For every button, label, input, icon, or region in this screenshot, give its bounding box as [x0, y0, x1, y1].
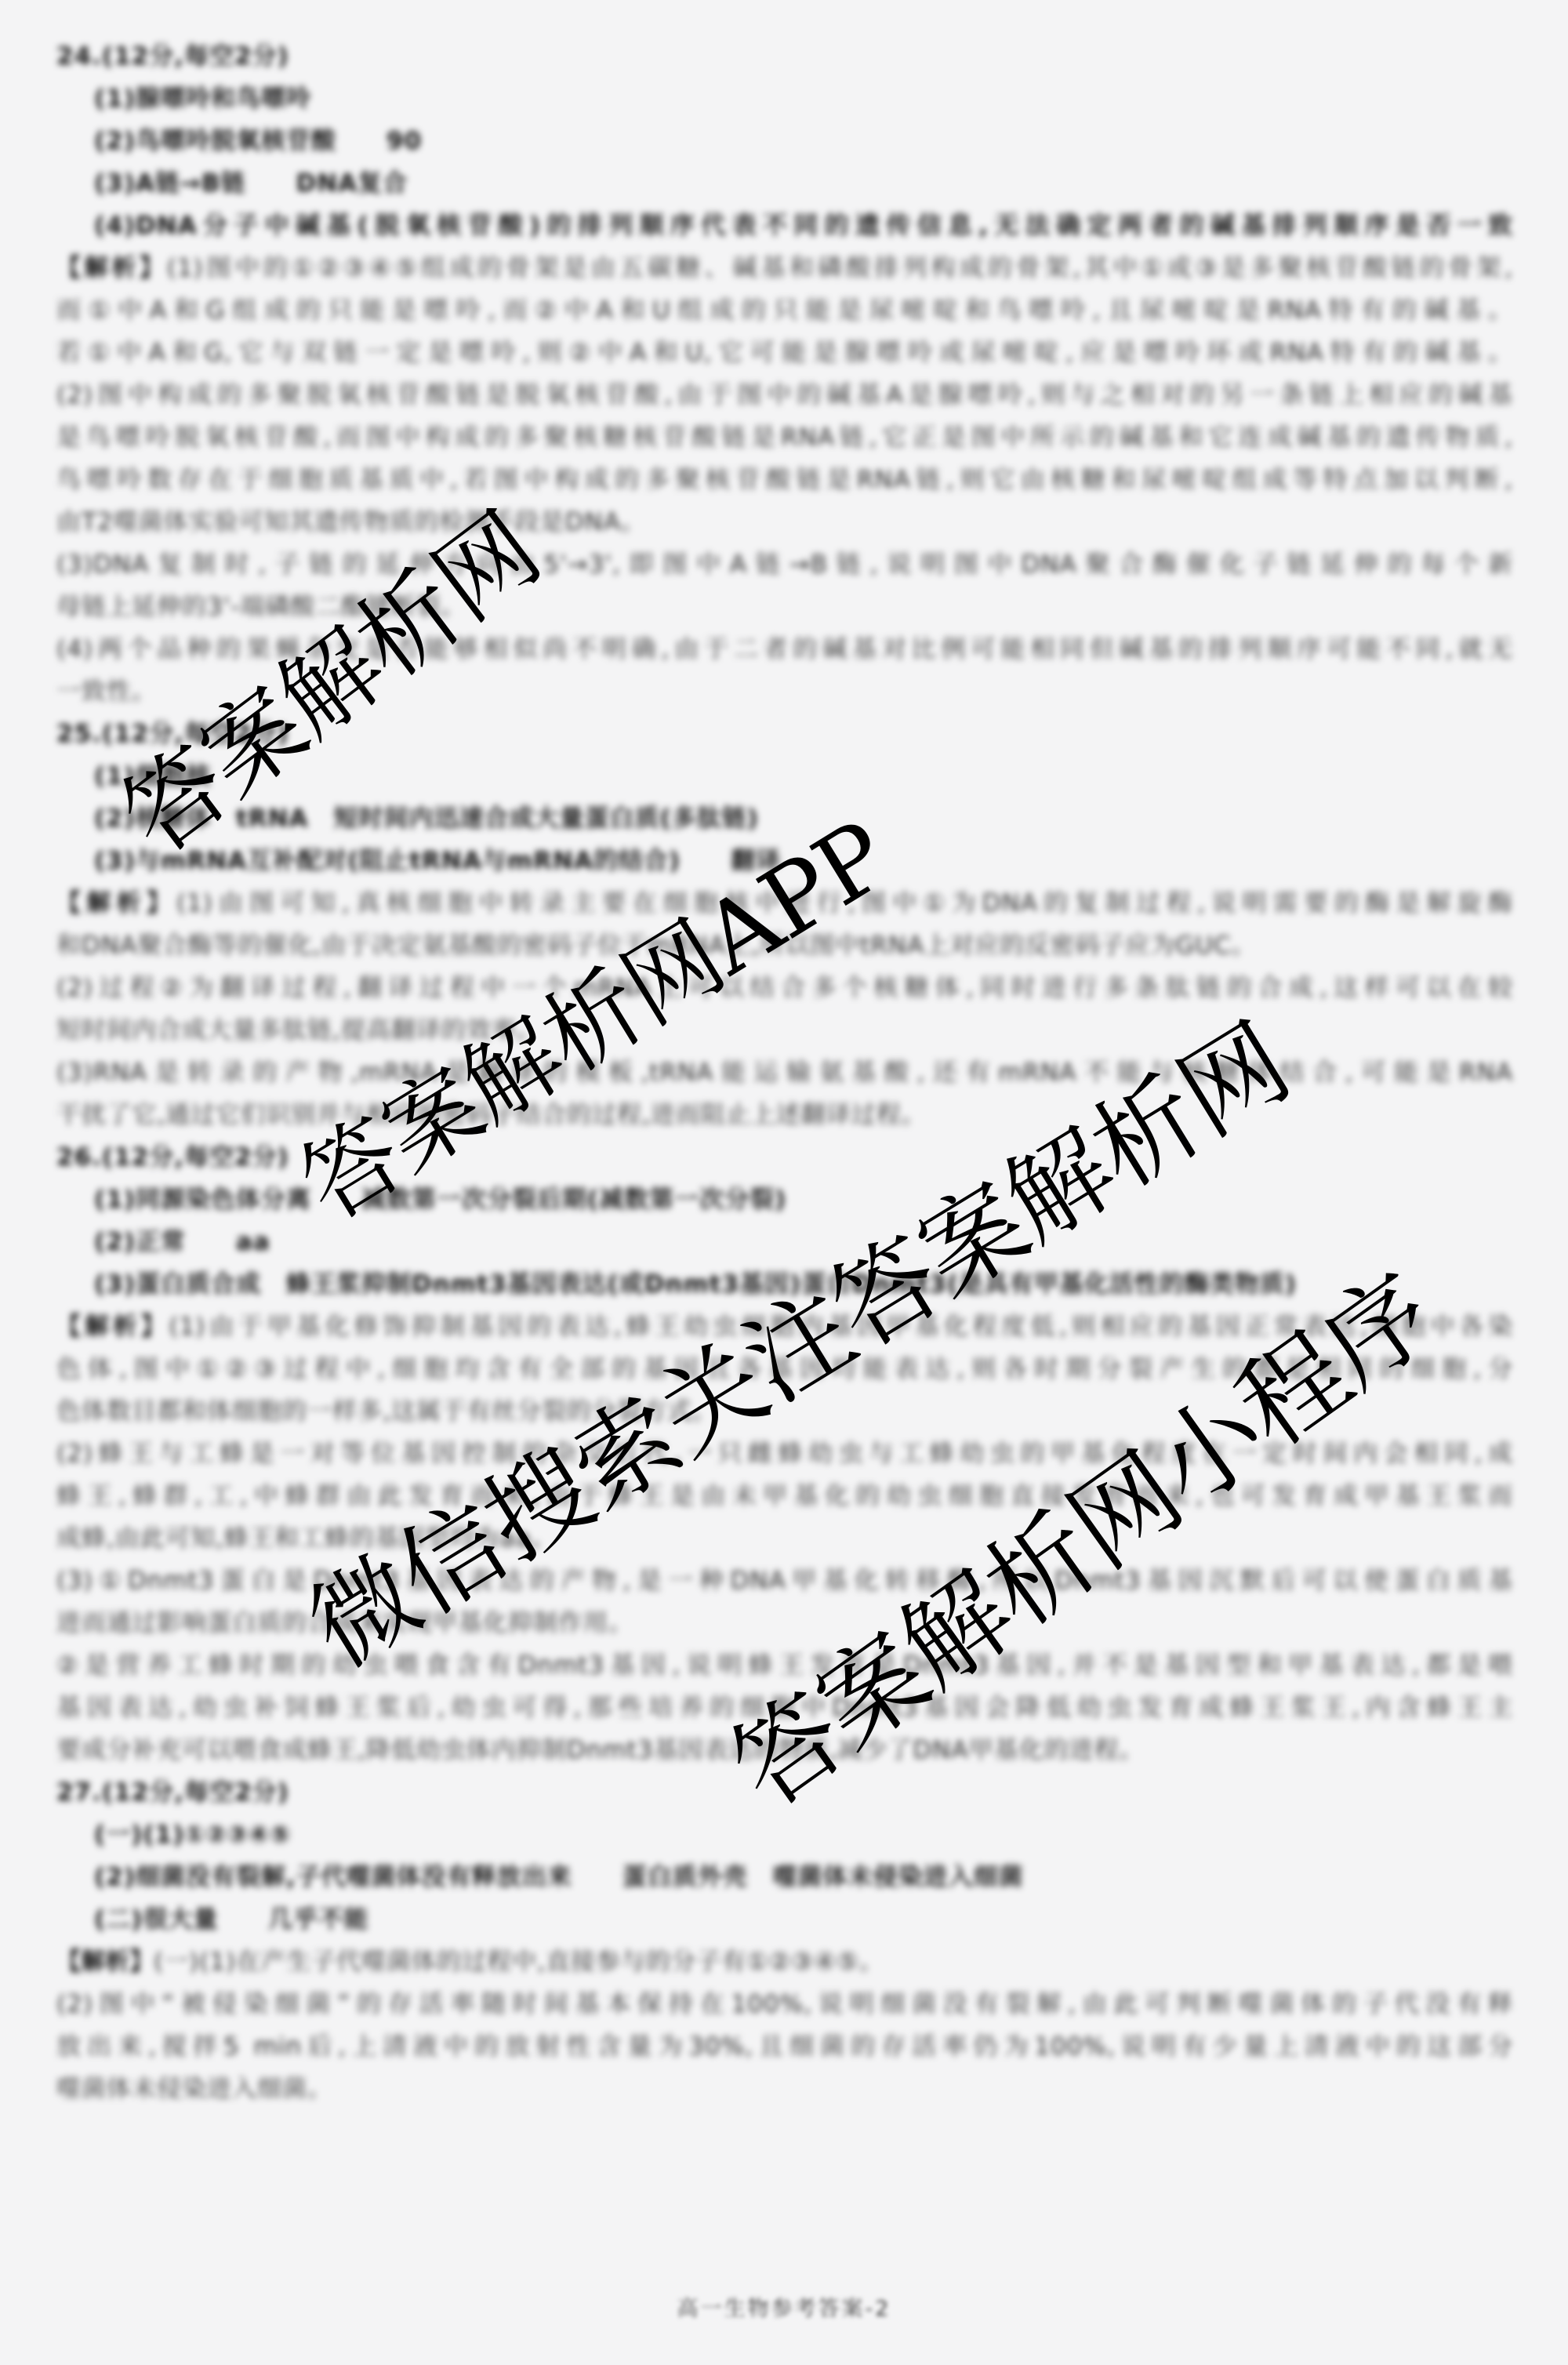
doc-line-text: 鸟嘌呤数存在于细胞质基质中,若图中构成的多聚核苷酸链是RNA链,则它由核糖和尿嘧…: [56, 466, 1513, 494]
doc-line: 鸟嘌呤数存在于细胞质基质中,若图中构成的多聚核苷酸链是RNA链,则它由核糖和尿嘧…: [56, 459, 1513, 501]
doc-line-text: 要成分补充可以喂食成蜂王,降低幼虫体内抑制Dnmt3基因表达的物质,减少了DNA…: [56, 1736, 1145, 1764]
doc-line: (3)A链→B链 DNA复合: [56, 162, 1513, 205]
doc-line-text: 26.(12分,每空2分): [56, 1143, 289, 1172]
doc-line-text: 放出来,搅拌5 min后,上清液中的放射性含量为30%,且细菌的存活率仍为100…: [56, 2033, 1513, 2061]
doc-line-text: (2)图中“被侵染细菌”的存活率随时间基本保持在100%,说明细菌没有裂解,由此…: [56, 1990, 1513, 2018]
doc-line: 是鸟嘌呤脱氧核苷酸,而图中构成的多聚核糖核苷酸链是RNA链,它正是图中所示的碱基…: [56, 416, 1513, 459]
doc-line: (2)图中“被侵染细菌”的存活率随时间基本保持在100%,说明细菌没有裂解,由此…: [56, 1983, 1513, 2025]
doc-line: 而①中A和G组成的只能是嘌呤,而②中A和U组成的只能是尿嘧啶和鸟嘌呤,且尿嘧啶是…: [56, 289, 1513, 332]
doc-line-text: 蜂王,蜂群,工,中蜂群由此发育而来,由于蜂王是由未甲基化的幼虫细胞直接发育而来,…: [56, 1482, 1513, 1510]
doc-line-text: (1)图中的①②③④⑤组成的骨架是由五碳糖、碱基和磷酸排列构成的骨架,其中①或③…: [167, 254, 1513, 282]
doc-line-text: 噬菌体未侵染进入细菌。: [56, 2075, 332, 2103]
answer-sheet-page: 24.(12分,每空2分)(1)腺嘌呤和鸟嘌呤(2)鸟嘌呤脱氧核苷酸 90(3)…: [0, 0, 1568, 2365]
doc-line-text: (3)DNA复制时,子链的延伸方向由5'→3',即图中A链→B链,说明图中DNA…: [56, 550, 1513, 579]
doc-line-text: 27.(12分,每空2分): [56, 1778, 289, 1807]
doc-line-text: (2)细菌没有裂解,子代噬菌体没有释放出来 蛋白质外壳 噬菌体未侵染进入细菌: [94, 1863, 1024, 1891]
doc-line: (4)DNA分子中碱基(脱氧核苷酸)的排列顺序代表不同的遗传信息,无法确定两者的…: [56, 205, 1513, 247]
page-footer: 高一生物参考答案-2: [0, 2291, 1568, 2322]
doc-line-text: 是鸟嘌呤脱氧核苷酸,而图中构成的多聚核糖核苷酸链是RNA链,它正是图中所示的碱基…: [56, 423, 1513, 452]
doc-line: 放出来,搅拌5 min后,上清液中的放射性含量为30%,且细菌的存活率仍为100…: [56, 2025, 1513, 2068]
doc-line: 成蜂,由此可知,蜂王和工蜂的基因型均为aa。: [56, 1517, 1513, 1560]
doc-line: 母链上延伸的3'-端磷酸二酯键断裂。: [56, 586, 1513, 628]
doc-line: 蜂王,蜂群,工,中蜂群由此发育而来,由于蜂王是由未甲基化的幼虫细胞直接发育而来,…: [56, 1475, 1513, 1517]
doc-line: (2)细菌没有裂解,子代噬菌体没有释放出来 蛋白质外壳 噬菌体未侵染进入细菌: [56, 1856, 1513, 1898]
doc-line-text: 由T2噬菌体实验可知其遗传物质的检测手段是DNA。: [56, 508, 646, 536]
doc-line-text: (2)图中构成的多聚脱氧核苷酸链是脱氧核苷酸,由于图中的碱基A是腺嘌呤,则与之相…: [56, 381, 1513, 409]
doc-line: (1)腺嘌呤和鸟嘌呤: [56, 78, 1513, 120]
doc-line-text: (3)蛋白质合成 蜂王浆抑制Dnmt3基因表达(或Dnmt3基因)蛋白Dnmt3…: [94, 1270, 1297, 1299]
doc-line: (1)同源染色体分离 减数第一次分裂后期(减数第一次分裂): [56, 1179, 1513, 1221]
doc-line: 进而通过影响蛋白质的合成来实现甲基化抑制作用。: [56, 1602, 1513, 1644]
doc-line: 噬菌体未侵染进入细菌。: [56, 2068, 1513, 2110]
doc-line-text: 一致性。: [56, 678, 157, 706]
analysis-label: 【解析】: [56, 1313, 169, 1341]
doc-line-text: 24.(12分,每空2分): [56, 42, 289, 71]
doc-line: (2)图中构成的多聚脱氧核苷酸链是脱氧核苷酸,由于图中的碱基A是腺嘌呤,则与之相…: [56, 374, 1513, 416]
doc-line: 由T2噬菌体实验可知其遗传物质的检测手段是DNA。: [56, 501, 1513, 543]
doc-line-text: 若①中A和G,它与双链一定是嘌呤,则②中A和U,它可能是腺嘌呤或尿嘧啶,应是嘌呤…: [56, 339, 1513, 367]
doc-line: 短时间内合成大量多肽链,提高翻译的效率。: [56, 1009, 1513, 1052]
doc-line: (2)鸟嘌呤脱氧核苷酸 90: [56, 120, 1513, 162]
doc-line-text: (2)过程②为翻译过程,翻译过程中一个mRNA上可以结合多个核糖体,同时进行多条…: [56, 974, 1513, 1002]
doc-line-text: (3)A链→B链 DNA复合: [94, 169, 408, 198]
doc-line: (3)①Dnmt3蛋白是Dnmt3基因表达的产物,是一种DNA甲基化转移酶,所以…: [56, 1560, 1513, 1602]
doc-line-text: (1)腺嘌呤和鸟嘌呤: [94, 85, 311, 113]
doc-line: 【解析】(一)(1)在产生子代噬菌体的过程中,直接参与的分子有①②③④⑤。: [56, 1941, 1513, 1983]
doc-line-text: (一)(1)①②③④⑤: [94, 1821, 291, 1849]
doc-line-text: (1)同源染色体分离 减数第一次分裂后期(减数第一次分裂): [94, 1186, 786, 1214]
doc-line: (二)很大量 几乎不能: [56, 1898, 1513, 1941]
analysis-label: 【解析】: [56, 254, 167, 282]
doc-line: 【解析】(1)图中的①②③④⑤组成的骨架是由五碳糖、碱基和磷酸排列构成的骨架,其…: [56, 247, 1513, 289]
doc-line-text: (一)(1)在产生子代噬菌体的过程中,直接参与的分子有①②③④⑤。: [154, 1948, 884, 1976]
doc-line-text: (2)鸟嘌呤脱氧核苷酸 90: [94, 127, 422, 155]
doc-line: 24.(12分,每空2分): [56, 35, 1513, 78]
doc-line: 若①中A和G,它与双链一定是嘌呤,则②中A和U,它可能是腺嘌呤或尿嘧啶,应是嘌呤…: [56, 332, 1513, 374]
doc-line-text: 而①中A和G组成的只能是嘌呤,而②中A和U组成的只能是尿嘧啶和鸟嘌呤,且尿嘧啶是…: [56, 296, 1513, 325]
doc-line-text: (二)很大量 几乎不能: [94, 1905, 368, 1934]
doc-line-text: (4)DNA分子中碱基(脱氧核苷酸)的排列顺序代表不同的遗传信息,无法确定两者的…: [94, 212, 1513, 240]
analysis-label: 【解析】: [56, 1948, 154, 1976]
doc-line: (3)DNA复制时,子链的延伸方向由5'→3',即图中A链→B链,说明图中DNA…: [56, 543, 1513, 586]
doc-line-text: (3)①Dnmt3蛋白是Dnmt3基因表达的产物,是一种DNA甲基化转移酶,所以…: [56, 1567, 1513, 1595]
doc-line: 26.(12分,每空2分): [56, 1136, 1513, 1179]
doc-line-text: (2)正常 aa: [94, 1228, 270, 1256]
analysis-label: 【解析】: [56, 889, 176, 917]
